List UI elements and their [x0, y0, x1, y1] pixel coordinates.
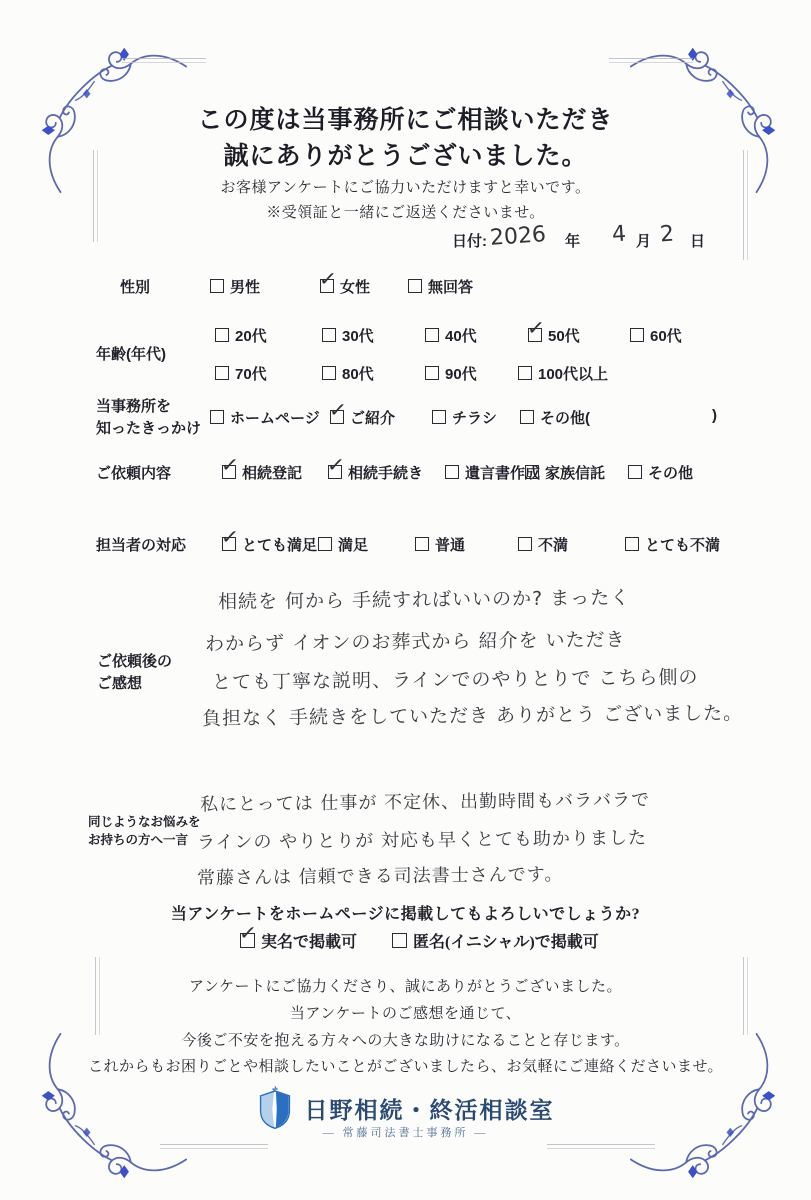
request-label: ご依頼内容: [96, 462, 171, 483]
checkbox-icon: [425, 366, 439, 380]
checkbox-label: 100代以上: [538, 366, 608, 383]
checkbox-option-60s[interactable]: 60代: [630, 325, 682, 346]
handwritten-message-line: ラインの やりとりが 対応も早くとても助かりました: [197, 824, 647, 855]
checkbox-option-noanswer[interactable]: 無回答: [408, 276, 473, 297]
checkbox-option-referral[interactable]: ご紹介: [330, 407, 395, 428]
checkbox-option-homepage[interactable]: ホームページ: [210, 407, 320, 428]
footer-line: 当アンケートのご感想を通じて、: [0, 1002, 811, 1023]
question-satisfaction: 担当者の対応 とても満足 満足 普通 不満 とても不満: [0, 534, 811, 560]
checkbox-option-80s[interactable]: 80代: [322, 363, 374, 384]
checkbox-label: 満足: [338, 537, 368, 554]
checkbox-icon: [322, 328, 336, 342]
checkbox-option-20s[interactable]: 20代: [215, 325, 267, 346]
checkbox-option-neutral[interactable]: 普通: [415, 534, 465, 555]
checkbox-icon: [630, 328, 644, 342]
checkbox-label: 男性: [230, 279, 260, 296]
footer-line: これからもお困りごとや相談したいことがございましたら、お気軽にご連絡くださいませ…: [0, 1055, 811, 1076]
handwritten-feedback-line: わからず イオンのお葬式から 紹介を いただき: [205, 625, 626, 656]
checkbox-label: 普通: [435, 537, 465, 554]
message-label-line1: 同じようなお悩みを: [88, 812, 201, 830]
border-rule: [160, 1144, 268, 1149]
checkbox-option-flyer[interactable]: チラシ: [432, 407, 497, 428]
page-title: この度は当事務所にご相談いただき 誠にありがとうございました。: [0, 103, 811, 175]
checkbox-label: 相続手続き: [348, 465, 423, 482]
border-rule: [609, 58, 693, 63]
footer-line: アンケートにご協力くださり、誠にありがとうございました。: [0, 975, 811, 996]
date-year-suffix: 年: [565, 230, 580, 251]
office-subname: ― 常藤司法書士事務所 ―: [0, 1124, 811, 1140]
checkbox-option-other-source[interactable]: その他(: [520, 407, 590, 428]
checkbox-label: 相続登記: [242, 465, 302, 482]
checkbox-icon: [408, 279, 422, 293]
date-month-value: 4: [611, 222, 627, 248]
checkbox-icon: [215, 366, 229, 380]
date-day-value: 2: [659, 222, 675, 248]
checkbox-option-90s[interactable]: 90代: [425, 363, 477, 384]
checkbox-option-male[interactable]: 男性: [210, 276, 260, 297]
checkbox-option-70s[interactable]: 70代: [215, 363, 267, 384]
publish-question: 当アンケートをホームページに掲載してもよろしいでしょうか?: [0, 901, 811, 924]
checkbox-label: 不満: [538, 537, 568, 554]
footer-line: 今後ご不安を抱える方々への大きな助けになることと存じます。: [0, 1029, 811, 1050]
checkbox-option-realname[interactable]: 実名で掲載可: [240, 929, 357, 952]
checkbox-icon: [445, 465, 459, 479]
message-label-line2: お持ちの方へ一言: [88, 830, 188, 848]
checkbox-label: ホームページ: [230, 410, 320, 427]
checkbox-icon: [328, 465, 342, 479]
checkbox-icon: [625, 537, 639, 551]
checkbox-icon: [240, 933, 255, 948]
checkbox-label: 20代: [235, 328, 267, 345]
checkbox-icon: [318, 537, 332, 551]
other-paren-close: ): [712, 407, 717, 424]
checkbox-label: 70代: [235, 366, 267, 383]
gender-label: 性別: [120, 276, 150, 297]
checkbox-label: ご紹介: [350, 410, 395, 427]
question-age-row2: 70代 80代 90代 100代以上: [0, 363, 811, 389]
checkbox-icon: [518, 366, 532, 380]
checkbox-icon: [518, 537, 532, 551]
checkbox-label: その他(: [540, 410, 590, 427]
satisfaction-label: 担当者の対応: [96, 534, 186, 555]
handwritten-message-line: 私にとっては 仕事が 不定休、出勤時間もバラバラで: [200, 786, 650, 817]
checkbox-icon: [432, 410, 446, 424]
checkbox-icon: [525, 465, 539, 479]
checkbox-label: 30代: [342, 328, 374, 345]
checkbox-icon: [210, 279, 224, 293]
checkbox-label: 実名で掲載可: [261, 934, 357, 951]
checkbox-option-female[interactable]: 女性: [320, 276, 370, 297]
intro-note-2: ※受領証と一緒にご返送くださいませ。: [0, 201, 811, 222]
border-rule: [122, 58, 206, 63]
checkbox-label: とても不満: [645, 537, 720, 554]
checkbox-label: 女性: [340, 279, 370, 296]
checkbox-option-procedure[interactable]: 相続手続き: [328, 462, 423, 483]
checkbox-label: 匿名(イニシャル)で掲載可: [413, 934, 599, 951]
survey-document: この度は当事務所にご相談いただき 誠にありがとうございました。 お客様アンケート…: [0, 0, 811, 1200]
checkbox-option-satisfied[interactable]: 満足: [318, 534, 368, 555]
checkbox-option-other-request[interactable]: その他: [628, 462, 693, 483]
date-year-value: 2026: [489, 222, 547, 251]
question-source-options: ホームページ ご紹介 チラシ その他( ): [0, 407, 811, 433]
checkbox-label: 60代: [650, 328, 682, 345]
checkbox-label: 80代: [342, 366, 374, 383]
checkbox-label: その他: [648, 465, 693, 482]
publish-options: 実名で掲載可 匿名(イニシャル)で掲載可: [0, 929, 811, 955]
question-gender: 性別 男性 女性 無回答: [0, 276, 811, 302]
checkbox-option-40s[interactable]: 40代: [425, 325, 477, 346]
checkbox-icon: [392, 933, 407, 948]
checkbox-icon: [320, 279, 334, 293]
checkbox-icon: [528, 328, 542, 342]
border-rule: [743, 957, 748, 1035]
border-rule: [547, 1144, 655, 1149]
border-rule: [95, 957, 100, 1035]
handwritten-feedback-line: 相続を 何から 手続すればいいのか? まったく: [218, 583, 630, 614]
feedback-label-line1: ご依頼後の: [97, 650, 172, 671]
checkbox-icon: [415, 537, 429, 551]
office-name: 日野相続・終活相談室: [305, 1092, 555, 1125]
checkbox-label: 90代: [445, 366, 477, 383]
checkbox-option-anonymous[interactable]: 匿名(イニシャル)で掲載可: [392, 929, 599, 952]
checkbox-icon: [222, 537, 236, 551]
checkbox-option-very-satisfied[interactable]: とても満足: [222, 534, 317, 555]
checkbox-option-30s[interactable]: 30代: [322, 325, 374, 346]
question-age-row1: 20代 30代 40代 50代 60代: [0, 325, 811, 351]
checkbox-label: 50代: [548, 328, 580, 345]
title-line1: この度は当事務所にご相談いただき: [0, 103, 811, 139]
handwritten-message-line: 常藤さんは 信頼できる司法書士さんです。: [197, 860, 564, 890]
checkbox-icon: [215, 328, 229, 342]
date-label: 日付:: [452, 230, 487, 251]
handwritten-feedback-line: とても丁寧な説明、ラインでのやりとりで こちら側の: [212, 662, 699, 694]
title-line2: 誠にありがとうございました。: [0, 139, 811, 175]
checkbox-option-dissatisfied[interactable]: 不満: [518, 534, 568, 555]
checkbox-icon: [425, 328, 439, 342]
checkbox-icon: [628, 465, 642, 479]
checkbox-icon: [322, 366, 336, 380]
checkbox-label: 40代: [445, 328, 477, 345]
date-row: 日付: 2026 年 4 月 2 日: [0, 224, 811, 258]
checkbox-icon: [520, 410, 534, 424]
checkbox-label: とても満足: [242, 537, 317, 554]
checkbox-option-50s[interactable]: 50代: [528, 325, 580, 346]
question-request: ご依頼内容 相続登記 相続手続き 遺言書作成 家族信託 その他: [0, 462, 811, 488]
intro-note-1: お客様アンケートにご協力いただけますと幸いです。: [0, 176, 811, 197]
checkbox-label: 家族信託: [545, 465, 605, 482]
date-day-suffix: 日: [690, 230, 705, 251]
handwritten-feedback-line: 負担なく 手続きをしていただき ありがとう ございました。: [202, 698, 743, 731]
date-month-suffix: 月: [636, 230, 651, 251]
checkbox-option-very-dissatisfied[interactable]: とても不満: [625, 534, 720, 555]
feedback-label-line2: ご感想: [97, 672, 142, 693]
checkbox-icon: [222, 465, 236, 479]
checkbox-label: 無回答: [428, 279, 473, 296]
checkbox-icon: [330, 410, 344, 424]
checkbox-option-trust[interactable]: 家族信託: [525, 462, 605, 483]
checkbox-option-registration[interactable]: 相続登記: [222, 462, 302, 483]
checkbox-icon: [210, 410, 224, 424]
checkbox-option-100s[interactable]: 100代以上: [518, 363, 608, 384]
checkbox-label: チラシ: [452, 410, 497, 427]
